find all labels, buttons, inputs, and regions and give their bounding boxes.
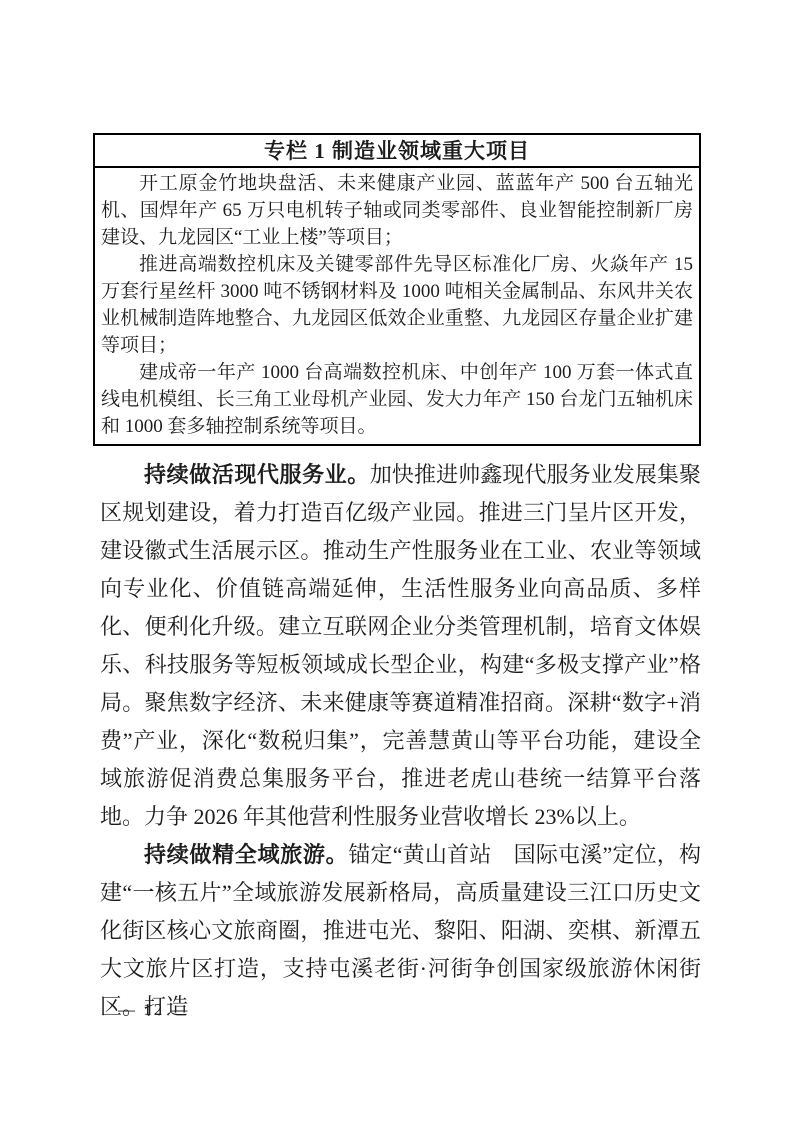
paragraph-lead-services: 持续做活现代服务业。 <box>144 462 370 487</box>
column-box-title: 专栏 1 制造业领域重大项目 <box>95 135 699 168</box>
body-paragraph-services: 持续做活现代服务业。加快推进帅鑫现代服务业发展集聚区规划建设，着力打造百亿级产业… <box>100 456 701 836</box>
column-box: 专栏 1 制造业领域重大项目 开工原金竹地块盘活、未来健康产业园、蓝蓝年产 50… <box>93 133 701 446</box>
box-paragraph-1: 开工原金竹地块盘活、未来健康产业园、蓝蓝年产 500 台五轴光机、国焊年产 65… <box>101 170 693 251</box>
page-content: 专栏 1 制造业领域重大项目 开工原金竹地块盘活、未来健康产业园、蓝蓝年产 50… <box>93 133 701 1026</box>
column-box-body: 开工原金竹地块盘活、未来健康产业园、蓝蓝年产 500 台五轴光机、国焊年产 65… <box>95 168 699 444</box>
body-paragraph-tourism: 持续做精全域旅游。锚定“黄山首站 国际屯溪”定位，构建“一核五片”全域旅游发展新… <box>100 836 701 1026</box>
paragraph-text-tourism: 锚定“黄山首站 国际屯溪”定位，构建“一核五片”全域旅游发展新格局，高质量建设三… <box>100 842 701 1019</box>
paragraph-text-services: 加快推进帅鑫现代服务业发展集聚区规划建设，着力打造百亿级产业园。推进三门呈片区开… <box>100 462 701 829</box>
document-page: 专栏 1 制造业领域重大项目 开工原金竹地块盘活、未来健康产业园、蓝蓝年产 50… <box>0 0 793 1122</box>
page-number: — 12 — <box>118 1000 190 1020</box>
body-text: 持续做活现代服务业。加快推进帅鑫现代服务业发展集聚区规划建设，着力打造百亿级产业… <box>93 456 701 1026</box>
box-paragraph-2: 推进高端数控机床及关键零部件先导区标准化厂房、火焱年产 15 万套行星丝杆 30… <box>101 251 693 359</box>
box-paragraph-3: 建成帝一年产 1000 台高端数控机床、中创年产 100 万套一体式直线电机模组… <box>101 359 693 440</box>
paragraph-lead-tourism: 持续做精全域旅游。 <box>144 842 348 867</box>
